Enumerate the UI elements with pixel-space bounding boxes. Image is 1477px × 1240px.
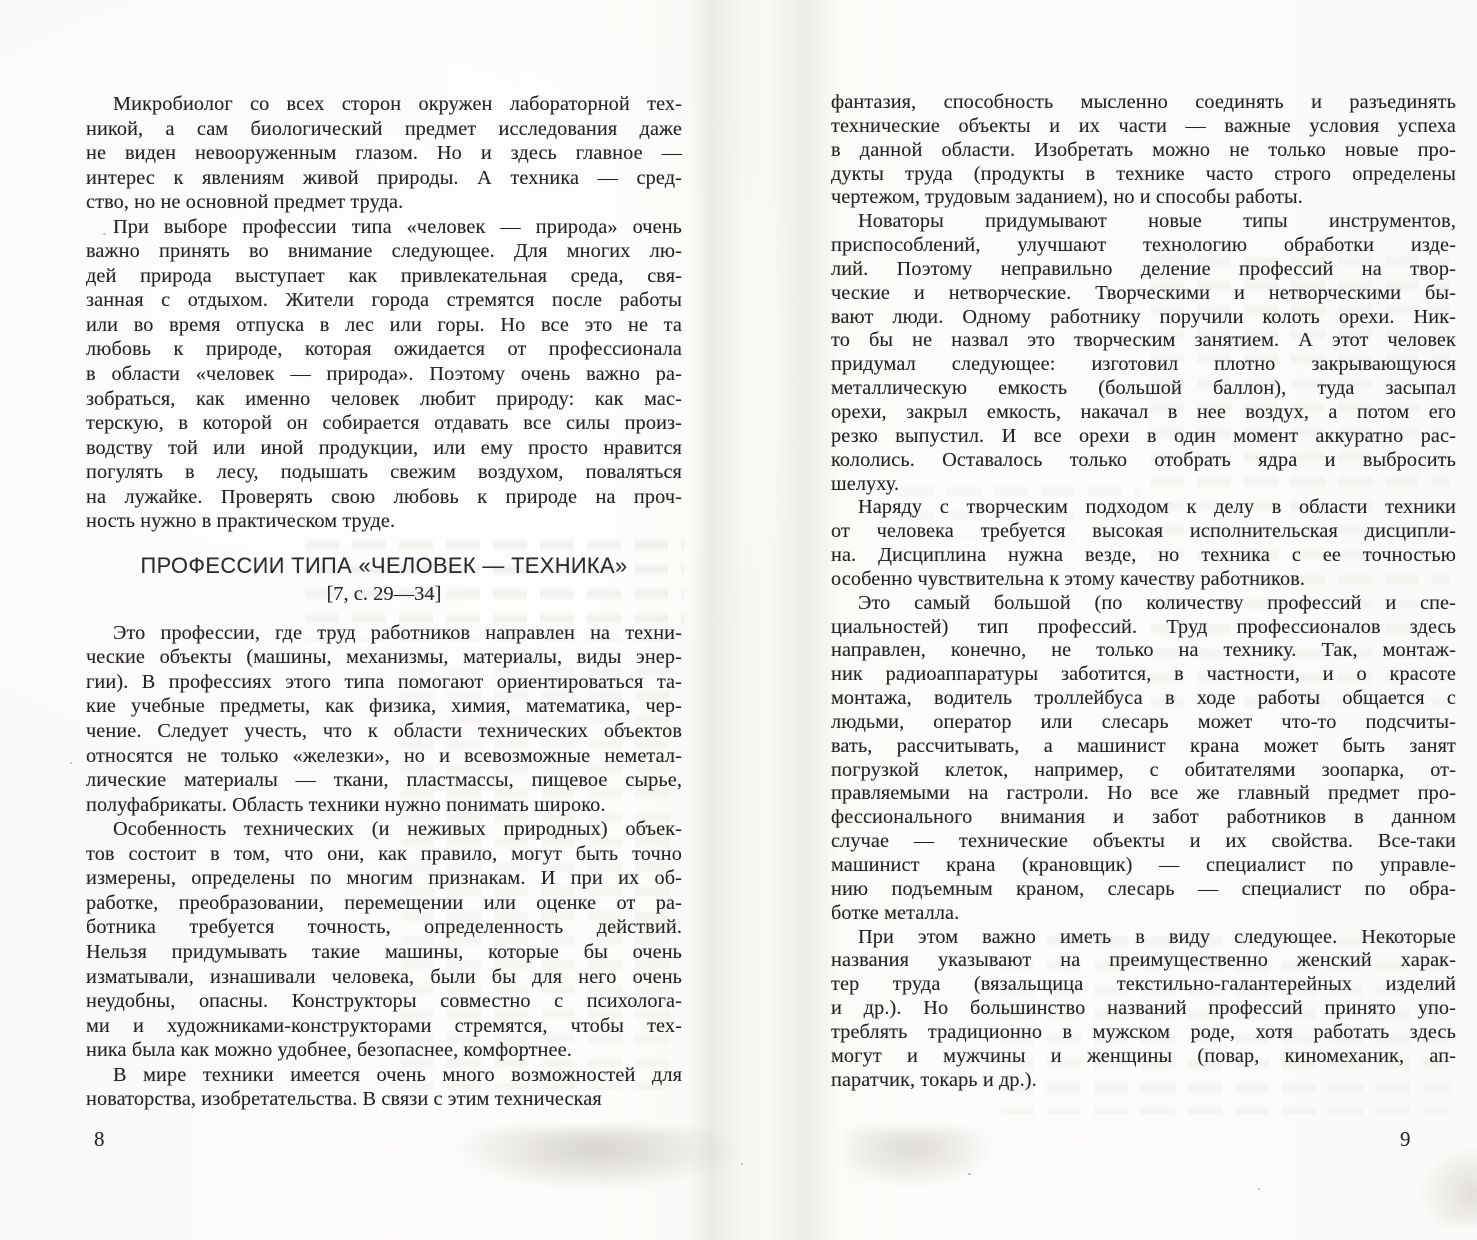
scan-speck [1258, 1188, 1260, 1190]
text-line: в области «человек — природа». Поэтому о… [86, 362, 682, 387]
text-line: паратчик, токарь и др.). [831, 1069, 1456, 1093]
paragraph: Это самый большой (по количеству професс… [831, 592, 1456, 926]
text-line: нию подъемным краном, слесарь — специали… [831, 878, 1456, 902]
text-line: кие учебные предметы, как физика, химия,… [86, 694, 682, 719]
text-line: никой, а сам биологический предмет иссле… [86, 117, 682, 142]
text-line: машинист крана (крановщик) — специалист … [831, 854, 1456, 878]
text-line: полуфабрикаты. Область техники нужно пон… [86, 793, 682, 818]
text-line: особенно чувствительна к этому качеству … [831, 568, 1456, 592]
text-line: новаторства, изобретательства. В связи с… [86, 1087, 682, 1112]
text-line: приспособлений, улучшают технологию обра… [831, 234, 1456, 258]
text-line: неудобны, опасны. Конструкторы совместно… [86, 989, 682, 1014]
text-line: орехи, закрыл емкость, накачал в нее воз… [831, 401, 1456, 425]
paragraph: Новаторы придумывают новые типы инструме… [831, 210, 1456, 496]
right-page-text: фантазия, способность мысленно соединять… [831, 91, 1456, 1092]
text-line: ботника требуется точность, определеннос… [86, 915, 682, 940]
paragraph: При этом важно иметь в виду следующее. Н… [831, 926, 1456, 1093]
text-line: людьми, оператор или слесарь может что-т… [831, 711, 1456, 735]
text-line: треблять традиционно в мужском роде, хот… [831, 1021, 1456, 1045]
text-line: на лужайке. Проверять свою любовь к прир… [86, 485, 682, 510]
text-line: правляемыми на гастроли. Но все же главн… [831, 782, 1456, 806]
paragraph: Наряду с творческим подходом к делу в об… [831, 496, 1456, 591]
text-line: погрузкой клеток, например, с обитателям… [831, 759, 1456, 783]
text-line: дей природа выступает как привлекательна… [86, 264, 682, 289]
text-line: ботке металла. [831, 902, 1456, 926]
text-line: Это самый большой (по количеству професс… [831, 592, 1456, 616]
text-line: Микробиолог со всех сторон окружен лабор… [86, 92, 682, 117]
scan-speck [741, 1163, 743, 1165]
scan-speck [70, 762, 72, 764]
page-number-left: 8 [94, 1127, 105, 1152]
text-line: При выборе профессии типа «человек — при… [86, 215, 682, 240]
text-line: Особенность технических (и неживых приро… [86, 817, 682, 842]
text-line: металлическую емкость (большой баллон), … [831, 377, 1456, 401]
text-line: вать, рассчитывать, а машинист крана мож… [831, 735, 1456, 759]
page-number-right: 9 [1400, 1127, 1411, 1152]
paragraph: фантазия, способность мысленно соединять… [831, 91, 1456, 210]
text-line: чение. Следует учесть, что к области тех… [86, 719, 682, 744]
text-line: любовь к природе, которая ожидается от п… [86, 337, 682, 362]
text-line: ство, но не основной предмет труда. [86, 190, 682, 215]
section-heading-title: ПРОФЕССИИ ТИПА «ЧЕЛОВЕК — ТЕХНИКА» [95, 553, 673, 579]
text-line: вают люди. Одному работнику поручили кол… [831, 306, 1456, 330]
text-line: дукты труда (продукты в технике часто ст… [831, 163, 1456, 187]
text-line: зобраться, как именно человек любит прир… [86, 387, 682, 412]
paragraph: Особенность технических (и неживых приро… [86, 817, 682, 1062]
text-line: погулять в лесу, подышать свежим воздухо… [86, 460, 682, 485]
text-line: терскую, в которой он собирается отдават… [86, 411, 682, 436]
text-line: занная с отдыхом. Жители города стремятс… [86, 288, 682, 313]
text-line: водству той или иной продукции, или ему … [86, 436, 682, 461]
paragraph: В мире техники имеется очень много возмо… [86, 1063, 682, 1112]
text-line: работке, преобразовании, перемещении или… [86, 891, 682, 916]
text-line: резко выпустил. И все орехи в один момен… [831, 425, 1456, 449]
text-line: ник радиоаппаратуры заботится, в частнос… [831, 663, 1456, 687]
left-page-text: Микробиолог со всех сторон окружен лабор… [86, 92, 682, 1112]
text-line: изматывали, изнашивали человека, были бы… [86, 965, 682, 990]
text-line: ческие и нетворческие. Творческими и нет… [831, 282, 1456, 306]
text-line: могут и мужчины и женщины (повар, киноме… [831, 1045, 1456, 1069]
text-line: названия указывают на преимущественно же… [831, 949, 1456, 973]
text-line: лий. Поэтому неправильно деление професс… [831, 258, 1456, 282]
text-line: в данной области. Изобретать можно не то… [831, 139, 1456, 163]
text-line: шелуху. [831, 473, 1456, 497]
paragraph: Это профессии, где труд работников напра… [86, 621, 682, 817]
text-line: Нельзя придумывать такие машины, которые… [86, 940, 682, 965]
text-line: Наряду с творческим подходом к делу в об… [831, 496, 1456, 520]
text-line: ность нужно в практическом труде. [86, 509, 682, 534]
section-heading: ПРОФЕССИИ ТИПА «ЧЕЛОВЕК — ТЕХНИКА»[7, с.… [86, 553, 682, 606]
text-line: Это профессии, где труд работников напра… [86, 621, 682, 646]
text-line: В мире техники имеется очень много возмо… [86, 1063, 682, 1088]
book-spine-gutter [688, 0, 838, 1240]
text-line: фессионального внимания и забот работник… [831, 806, 1456, 830]
text-line: кололись. Оставалось только отобрать ядр… [831, 449, 1456, 473]
text-line: случае — технические объекты и их свойст… [831, 830, 1456, 854]
text-line: ческие объекты (машины, механизмы, матер… [86, 645, 682, 670]
text-line: направлен, конечно, не только на технику… [831, 639, 1456, 663]
text-line: измерены, определены по многим признакам… [86, 866, 682, 891]
text-line: интерес к явлениям живой природы. А техн… [86, 166, 682, 191]
text-line: технические объекты и их части — важные … [831, 115, 1456, 139]
text-line: ника была как можно удобнее, безопаснее,… [86, 1038, 682, 1063]
text-line: на. Дисциплина нужна везде, но техника с… [831, 544, 1456, 568]
book-scan: Микробиолог со всех сторон окружен лабор… [0, 0, 1477, 1240]
text-line: монтажа, водитель троллейбуса в ходе раб… [831, 687, 1456, 711]
text-line: то бы не назвал это творческим занятием.… [831, 329, 1456, 353]
paragraph: При выборе профессии типа «человек — при… [86, 215, 682, 534]
text-line: гии). В профессиях этого типа помогают о… [86, 670, 682, 695]
text-line: важно принять во внимание следующее. Для… [86, 239, 682, 264]
text-line: тер труда (вязальщица текстильно-галанте… [831, 973, 1456, 997]
text-line: При этом важно иметь в виду следующее. Н… [831, 926, 1456, 950]
text-line: ми и художниками-конструкторами стремятс… [86, 1014, 682, 1039]
text-line: чертежом, трудовым заданием), но и спосо… [831, 186, 1456, 210]
text-line: от человека требуется высокая исполнител… [831, 520, 1456, 544]
text-line: тов состоит в том, что они, как правило,… [86, 842, 682, 867]
page-bottom-shadow [845, 1128, 995, 1188]
text-line: лические материалы — ткани, пластмассы, … [86, 768, 682, 793]
scan-speck [968, 1173, 971, 1175]
text-line: или во время отпуска в лес или горы. Но … [86, 313, 682, 338]
text-line: придумал следующее: изготовил плотно зак… [831, 353, 1456, 377]
text-line: относятся не только «железки», но и всев… [86, 744, 682, 769]
page-bottom-shadow [455, 1128, 735, 1190]
section-heading-reference: [7, с. 29—34] [86, 583, 682, 606]
text-line: фантазия, способность мысленно соединять… [831, 91, 1456, 115]
text-line: и др.). Но большинство названий професси… [831, 997, 1456, 1021]
page-corner-shadow [1418, 1145, 1477, 1225]
text-line: циальностей) тип профессий. Труд професс… [831, 616, 1456, 640]
text-line: Новаторы придумывают новые типы инструме… [831, 210, 1456, 234]
text-line: не виден невооруженным глазом. Но и здес… [86, 141, 682, 166]
paragraph: Микробиолог со всех сторон окружен лабор… [86, 92, 682, 215]
